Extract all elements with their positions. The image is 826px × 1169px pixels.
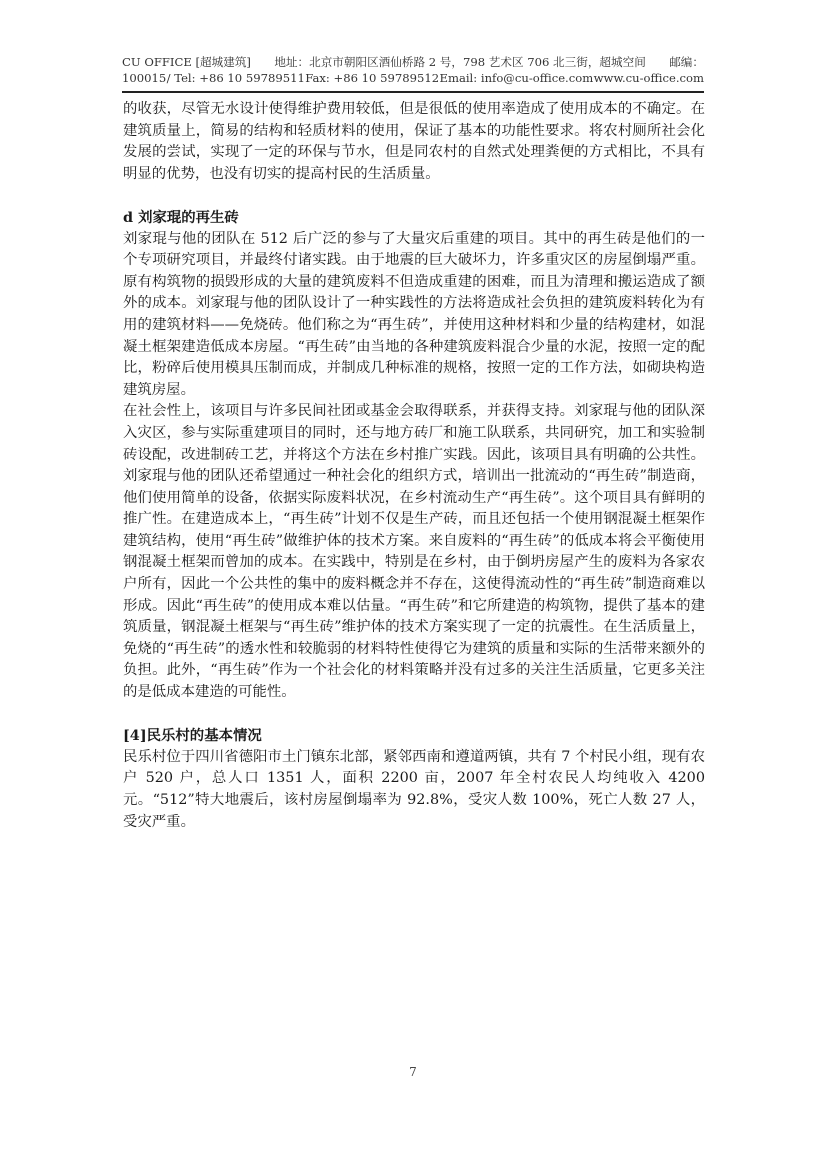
firm-address: 地址：北京市朝阳区酒仙桥路 2 号，798 艺术区 706 北三街，超城空间 [274, 55, 646, 71]
fax: Fax: +86 10 59789512 [305, 71, 439, 87]
website: www.cu-office.com [594, 71, 704, 87]
section-heading-d: d 刘家琨的再生砖 [123, 207, 705, 229]
header-line-1: CU OFFICE [超城建筑] 地址：北京市朝阳区酒仙桥路 2 号，798 艺… [122, 55, 704, 71]
firm-name: CU OFFICE [超城建筑] [122, 55, 251, 71]
postcode-label: 邮编： [669, 55, 704, 71]
telephone: / Tel: +86 10 59789511 [167, 71, 305, 87]
page-number: 7 [0, 1065, 826, 1079]
section-4-paragraph: 民乐村位于四川省德阳市土门镇东北部，紧邻西南和遵道两镇，共有 7 个村民小组，现… [123, 747, 705, 833]
header-divider [122, 91, 704, 93]
section-heading-4: [4]民乐村的基本情况 [123, 725, 705, 747]
page-header: CU OFFICE [超城建筑] 地址：北京市朝阳区酒仙桥路 2 号，798 艺… [122, 55, 704, 86]
section-spacer [123, 185, 705, 207]
section-d-paragraph-2: 在社会性上，该项目与许多民间社团或基金会取得联系，并获得支持。刘家琨与他的团队深… [123, 401, 705, 703]
intro-paragraph: 的收获，尽管无水设计使得维护费用较低，但是很低的使用率造成了使用成本的不确定。在… [123, 99, 705, 185]
document-body: 的收获，尽管无水设计使得维护费用较低，但是很低的使用率造成了使用成本的不确定。在… [123, 99, 705, 833]
email: Email: info@cu-office.com [439, 71, 593, 87]
section-spacer [123, 704, 705, 726]
section-d-paragraph-1: 刘家琨与他的团队在 512 后广泛的参与了大量灾后重建的项目。其中的再生砖是他们… [123, 229, 705, 402]
header-line-2: 100015 / Tel: +86 10 59789511 Fax: +86 1… [122, 71, 704, 87]
postcode: 100015 [122, 71, 166, 87]
